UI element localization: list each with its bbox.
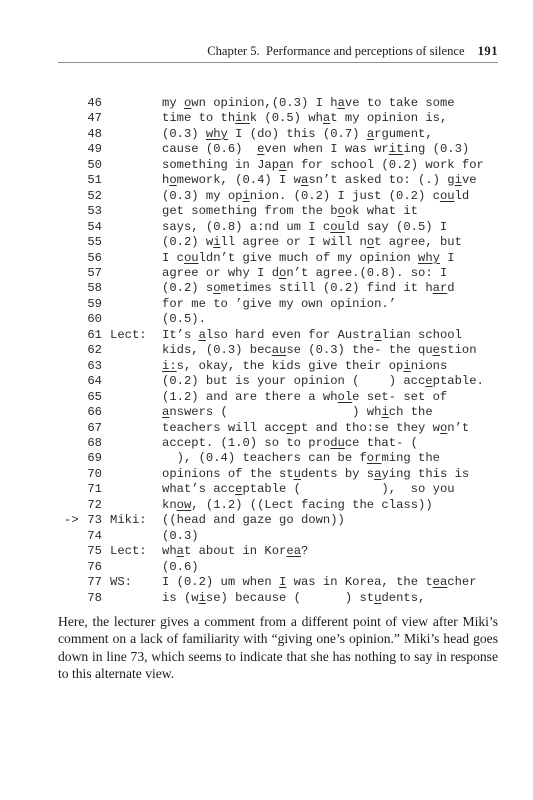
arrow-marker [58, 158, 85, 173]
arrow-marker [58, 312, 85, 327]
arrow-marker [58, 421, 85, 436]
transcript-line: 50something in Japan for school (0.2) wo… [58, 158, 498, 173]
utterance-text: (0.6) [162, 560, 498, 575]
utterance-text: (0.5). [162, 312, 498, 327]
line-number: 66 [85, 405, 102, 420]
utterance-text: my own opinion,(0.3) I have to take some [162, 96, 498, 111]
line-number: 65 [85, 390, 102, 405]
book-page: Chapter 5. Performance and perceptions o… [0, 0, 533, 800]
speaker-label [102, 220, 162, 235]
speaker-label [102, 451, 162, 466]
arrow-marker [58, 359, 85, 374]
speaker-label [102, 390, 162, 405]
transcript-line: 71what’s acceptable ( ), so you [58, 482, 498, 497]
speaker-label [102, 529, 162, 544]
arrow-marker [58, 436, 85, 451]
transcript-line: 57agree or why I don’t agree.(0.8). so: … [58, 266, 498, 281]
speaker-label [102, 204, 162, 219]
line-number: 57 [85, 266, 102, 281]
utterance-text: homework, (0.4) I wasn’t asked to: (.) g… [162, 173, 498, 188]
transcript-line: ->73Miki:((head and gaze go down)) [58, 513, 498, 528]
arrow-marker [58, 96, 85, 111]
transcript-line: 77WS:I (0.2) um when I was in Korea, the… [58, 575, 498, 590]
speaker-label [102, 560, 162, 575]
speaker-label [102, 405, 162, 420]
utterance-text: what’s acceptable ( ), so you [162, 482, 498, 497]
header-rule [58, 62, 498, 63]
utterance-text: answers ( ) which the [162, 405, 498, 420]
speaker-label [102, 436, 162, 451]
line-number: 76 [85, 560, 102, 575]
utterance-text: accept. (1.0) so to produce that- ( [162, 436, 498, 451]
speaker-label [102, 96, 162, 111]
arrow-marker [58, 297, 85, 312]
speaker-label [102, 189, 162, 204]
speaker-label [102, 235, 162, 250]
line-number: 52 [85, 189, 102, 204]
speaker-label: Lect: [102, 544, 162, 559]
transcript-line: 68accept. (1.0) so to produce that- ( [58, 436, 498, 451]
arrow-marker [58, 405, 85, 420]
running-header: Chapter 5. Performance and perceptions o… [58, 0, 498, 58]
transcript-line: 72know, (1.2) ((Lect facing the class)) [58, 498, 498, 513]
speaker-label [102, 374, 162, 389]
utterance-text: time to think (0.5) what my opinion is, [162, 111, 498, 126]
line-number: 62 [85, 343, 102, 358]
utterance-text: I (0.2) um when I was in Korea, the teac… [162, 575, 498, 590]
line-number: 49 [85, 142, 102, 157]
transcript-line: 52(0.3) my opinion. (0.2) I just (0.2) c… [58, 189, 498, 204]
transcript-line: 56I couldn’t give much of my opinion why… [58, 251, 498, 266]
transcript-line: 69 ), (0.4) teachers can be forming the [58, 451, 498, 466]
speaker-label [102, 421, 162, 436]
page-number: 191 [478, 44, 498, 58]
speaker-label [102, 498, 162, 513]
transcript-line: 67teachers will accept and tho:se they w… [58, 421, 498, 436]
line-number: 54 [85, 220, 102, 235]
utterance-text: agree or why I don’t agree.(0.8). so: I [162, 266, 498, 281]
speaker-label [102, 127, 162, 142]
line-number: 50 [85, 158, 102, 173]
arrow-marker [58, 591, 85, 606]
line-number: 53 [85, 204, 102, 219]
transcript-block: 46my own opinion,(0.3) I have to take so… [58, 96, 498, 606]
arrow-marker [58, 575, 85, 590]
line-number: 72 [85, 498, 102, 513]
line-number: 56 [85, 251, 102, 266]
arrow-marker [58, 544, 85, 559]
line-number: 71 [85, 482, 102, 497]
line-number: 61 [85, 328, 102, 343]
transcript-line: 49cause (0.6) even when I was writing (0… [58, 142, 498, 157]
arrow-marker [58, 251, 85, 266]
utterance-text: (0.2) will agree or I will not agree, bu… [162, 235, 498, 250]
arrow-marker [58, 266, 85, 281]
line-number: 64 [85, 374, 102, 389]
utterance-text: (0.2) but is your opinion ( ) acceptable… [162, 374, 498, 389]
arrow-marker [58, 343, 85, 358]
line-number: 77 [85, 575, 102, 590]
utterance-text: teachers will accept and tho:se they won… [162, 421, 498, 436]
speaker-label [102, 297, 162, 312]
line-number: 78 [85, 591, 102, 606]
speaker-label [102, 111, 162, 126]
speaker-label [102, 281, 162, 296]
chapter-heading: Chapter 5. Performance and perceptions o… [207, 44, 464, 58]
utterance-text: It’s also hard even for Australian schoo… [162, 328, 498, 343]
arrow-marker [58, 498, 85, 513]
arrow-marker [58, 142, 85, 157]
line-number: 51 [85, 173, 102, 188]
speaker-label [102, 266, 162, 281]
line-number: 68 [85, 436, 102, 451]
commentary-paragraph: Here, the lecturer gives a comment from … [58, 613, 498, 682]
line-number: 58 [85, 281, 102, 296]
utterance-text: opinions of the students by saying this … [162, 467, 498, 482]
utterance-text: cause (0.6) even when I was writing (0.3… [162, 142, 498, 157]
line-number: 59 [85, 297, 102, 312]
transcript-line: 78is (wise) because ( ) students, [58, 591, 498, 606]
transcript-line: 76(0.6) [58, 560, 498, 575]
utterance-text: ((head and gaze go down)) [162, 513, 498, 528]
transcript-line: 46my own opinion,(0.3) I have to take so… [58, 96, 498, 111]
arrow-marker [58, 111, 85, 126]
speaker-label [102, 251, 162, 266]
speaker-label [102, 467, 162, 482]
speaker-label [102, 142, 162, 157]
transcript-line: 66answers ( ) which the [58, 405, 498, 420]
transcript-line: 63i:s, okay, the kids give their opinion… [58, 359, 498, 374]
speaker-label [102, 591, 162, 606]
arrow-marker [58, 390, 85, 405]
arrow-marker [58, 374, 85, 389]
arrow-marker [58, 451, 85, 466]
arrow-marker [58, 529, 85, 544]
utterance-text: get something from the book what it [162, 204, 498, 219]
line-number: 73 [85, 513, 102, 528]
line-number: 48 [85, 127, 102, 142]
transcript-line: 48(0.3) why I (do) this (0.7) argument, [58, 127, 498, 142]
transcript-line: 75Lect:what about in Korea? [58, 544, 498, 559]
transcript-line: 64(0.2) but is your opinion ( ) acceptab… [58, 374, 498, 389]
transcript-line: 61Lect:It’s also hard even for Australia… [58, 328, 498, 343]
utterance-text: (0.2) sometimes still (0.2) find it hard [162, 281, 498, 296]
line-number: 60 [85, 312, 102, 327]
line-number: 67 [85, 421, 102, 436]
arrow-marker [58, 235, 85, 250]
utterance-text: kids, (0.3) because (0.3) the- the quest… [162, 343, 498, 358]
speaker-label [102, 359, 162, 374]
transcript-line: 59for me to ’give my own opinion.’ [58, 297, 498, 312]
utterance-text: (0.3) why I (do) this (0.7) argument, [162, 127, 498, 142]
transcript-line: 47time to think (0.5) what my opinion is… [58, 111, 498, 126]
transcript-line: 53get something from the book what it [58, 204, 498, 219]
utterance-text: something in Japan for school (0.2) work… [162, 158, 498, 173]
utterance-text: know, (1.2) ((Lect facing the class)) [162, 498, 498, 513]
utterance-text: what about in Korea? [162, 544, 498, 559]
line-number: 69 [85, 451, 102, 466]
line-number: 63 [85, 359, 102, 374]
line-number: 55 [85, 235, 102, 250]
utterance-text: for me to ’give my own opinion.’ [162, 297, 498, 312]
utterance-text: (0.3) [162, 529, 498, 544]
arrow-marker [58, 467, 85, 482]
arrow-marker [58, 328, 85, 343]
arrow-marker [58, 281, 85, 296]
utterance-text: is (wise) because ( ) students, [162, 591, 498, 606]
arrow-marker [58, 482, 85, 497]
speaker-label [102, 158, 162, 173]
arrow-marker [58, 189, 85, 204]
arrow-marker [58, 204, 85, 219]
transcript-line: 62kids, (0.3) because (0.3) the- the que… [58, 343, 498, 358]
arrow-marker [58, 220, 85, 235]
transcript-line: 74(0.3) [58, 529, 498, 544]
speaker-label [102, 312, 162, 327]
utterance-text: (0.3) my opinion. (0.2) I just (0.2) cou… [162, 189, 498, 204]
transcript-line: 54says, (0.8) a:nd um I could say (0.5) … [58, 220, 498, 235]
utterance-text: i:s, okay, the kids give their opinions [162, 359, 498, 374]
line-number: 75 [85, 544, 102, 559]
transcript-line: 60(0.5). [58, 312, 498, 327]
transcript-line: 70opinions of the students by saying thi… [58, 467, 498, 482]
line-number: 70 [85, 467, 102, 482]
arrow-marker [58, 560, 85, 575]
utterance-text: I couldn’t give much of my opinion why I [162, 251, 498, 266]
line-number: 74 [85, 529, 102, 544]
utterance-text: ), (0.4) teachers can be forming the [162, 451, 498, 466]
speaker-label: Miki: [102, 513, 162, 528]
speaker-label [102, 343, 162, 358]
arrow-marker [58, 127, 85, 142]
transcript-line: 51homework, (0.4) I wasn’t asked to: (.)… [58, 173, 498, 188]
speaker-label: Lect: [102, 328, 162, 343]
arrow-marker: -> [58, 513, 85, 528]
transcript-line: 58(0.2) sometimes still (0.2) find it ha… [58, 281, 498, 296]
speaker-label: WS: [102, 575, 162, 590]
line-number: 47 [85, 111, 102, 126]
speaker-label [102, 482, 162, 497]
utterance-text: (1.2) and are there a whole set- set of [162, 390, 498, 405]
transcript-line: 55(0.2) will agree or I will not agree, … [58, 235, 498, 250]
transcript-line: 65(1.2) and are there a whole set- set o… [58, 390, 498, 405]
utterance-text: says, (0.8) a:nd um I could say (0.5) I [162, 220, 498, 235]
arrow-marker [58, 173, 85, 188]
line-number: 46 [85, 96, 102, 111]
speaker-label [102, 173, 162, 188]
